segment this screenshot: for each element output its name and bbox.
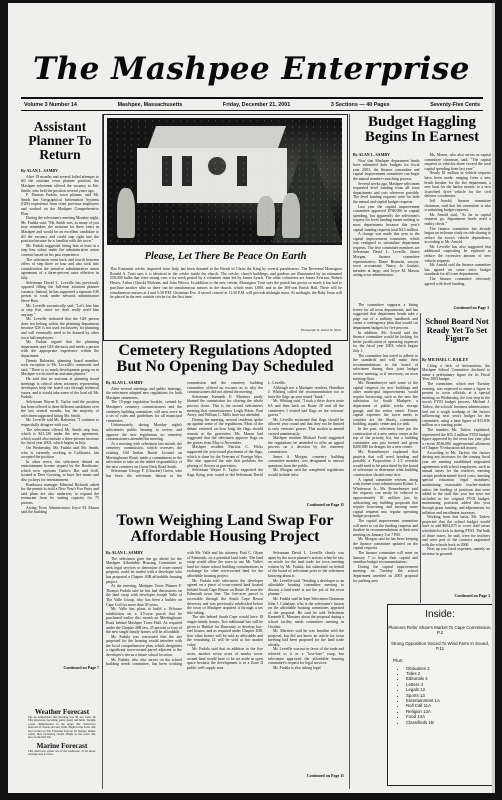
article-paragraph: The selectmen offered Mr. Smith step fou… (21, 428, 99, 446)
article-paragraph: The committee, which met Tuesday evening… (422, 382, 490, 428)
section-count: 3 Sections — 40 Pages (328, 102, 393, 108)
article-paragraph: The finance committee obviously agreed w… (425, 277, 492, 286)
inside-feature-2[interactable]: Strong Opposition Voiced To Wind Farm In… (388, 641, 492, 652)
article-paragraph: On Wednesday, Mr. Fudala said Mr. Smith,… (21, 446, 99, 460)
continued-link[interactable]: Continued on Page 7 (21, 666, 99, 671)
article-paragraph: Ms. Bonnelmeyer said some of the capital… (353, 381, 418, 427)
photo-credit: Photograph by Daniel W. Watts (301, 328, 341, 332)
headline: Assistant Planner To Return (21, 120, 99, 161)
article-paragraph: A change was made this year to the capit… (353, 232, 420, 278)
article-paragraph: James A. Morgan, cemetery building commi… (268, 455, 344, 469)
article-body: By ALAN L. SAMBYNow that Mashpee departm… (353, 153, 491, 301)
article-paragraph: Mr. Morgan said he has been keeping the … (353, 537, 418, 551)
article-paragraph: Mr. Leveille said, "Sending a developer … (268, 579, 344, 597)
article-paragraph: Mr. Fudala told selectmen the developer … (187, 579, 263, 616)
budget-headline-wrap: Budget Haggling Begins In Earnest (353, 115, 491, 146)
article-paragraph: At the meeting, Mashpee Town Planner F. … (106, 584, 182, 607)
byline: By ALAN L. SAMBY (353, 153, 420, 158)
newspaper-front-page: The Mashpee Enterprise Volume 3 Number 1… (8, 3, 495, 793)
article-paragraph: Mashpee resident Michael Forde suggested… (268, 436, 344, 454)
column-rule (349, 114, 350, 789)
inside-section-list: Obituaries 2 Tides 2 Editorials 4 Letter… (388, 666, 492, 725)
photo-caption: This Fontanini crèche, imported from Ita… (110, 267, 342, 300)
article-paragraph: The committee supports a hiring freeze f… (353, 303, 418, 331)
article-paragraph: Mr. Arnold said, "As far as capital requ… (425, 213, 492, 227)
article-paragraph: After 19 months and several failed attem… (21, 175, 99, 193)
inside-index-box: Inside: Planners Refer Shaw's Market To … (387, 604, 493, 786)
dateline-bar: Volume 3 Number 14 Mashpee, Massachusett… (21, 97, 483, 111)
article-paragraph: The finance committee will meet on Janua… (353, 551, 418, 565)
article-paragraph: Nearly $1 million in vehicle requests ha… (425, 171, 492, 199)
article-paragraph: Several weeks ago, Mashpee selectmen req… (353, 182, 420, 205)
article-paragraph: Dennis Balzarini, planning board member,… (21, 359, 99, 377)
school-continued: Continued on Page 3 (422, 591, 490, 599)
article-paragraph: The site behind South Cape would have 18… (187, 615, 263, 647)
article-paragraph: In the past, selectmen have put the cons… (353, 427, 418, 450)
continued-link[interactable]: Continued on Page 11 (268, 503, 344, 508)
article-cemetery: Cemetery Regulations Adopted But No Open… (104, 343, 346, 376)
volume-number: Volume 3 Number 14 (21, 102, 80, 108)
article-paragraph: Mr. Fudala argued that the planning depa… (21, 340, 99, 358)
article-paragraph: A capital committee veteran, along with … (353, 478, 418, 519)
article-paragraph: Mr. Leveille has also suggested that add… (425, 245, 492, 263)
article-paragraph: Mr. Fudala suggested hiring him at least… (21, 244, 99, 258)
budget-continued: Continued on Page 3 (423, 303, 489, 311)
article-paragraph: Mr. Leveille motioned that flags should … (268, 418, 344, 436)
headline: Cemetery Regulations Adopted But No Open… (104, 343, 346, 376)
inside-title: Inside: (388, 609, 492, 620)
article-body: By MICHAEL C. BAILEYCiting a lack of inf… (422, 358, 490, 588)
article-paragraph: Mashpee resident Patricia C. Hicks suppo… (187, 445, 263, 468)
page-edge (492, 3, 495, 793)
price: Seventy-Five Cents (427, 102, 483, 108)
article-paragraph: Mr. Fudala is also asking legal (268, 666, 344, 671)
article-paragraph: In addition, Mr. Arnold said the finance… (353, 331, 418, 354)
article-paragraph: Selectman Kenneth E. Marsters partly bla… (187, 395, 263, 418)
article-paragraph: Working from that basis, Mr. Tarlow proj… (422, 515, 490, 547)
article-paragraph: The finance committee has already begun … (425, 227, 492, 245)
headline: School Board Not Ready Yet To Set Figure (422, 318, 492, 344)
cemetery-continued: Continued on Page 11 (268, 500, 344, 508)
article-paragraph: Mr. Leveille indicated that the GIS pers… (21, 317, 99, 340)
article-paragraph: Next up was fixed expenses, namely an in… (422, 547, 490, 556)
article-paragraph: During the selectmen's meeting Monday ni… (21, 216, 99, 244)
article-body: After 19 months and several failed attem… (21, 175, 99, 515)
article-paragraph: He said that an assistant at planning bo… (21, 377, 99, 400)
article-paragraph: Last year the capital improvement commit… (353, 205, 420, 233)
article-paragraph: Mr. Fudala was concerned that the site p… (106, 635, 182, 658)
continued-link[interactable]: Continued on Page 11 (268, 774, 344, 779)
article-paragraph: After several meetings and public hearin… (106, 387, 182, 401)
article-paragraph: Boathouse manager Edmond Richardi asked … (21, 483, 99, 506)
article-paragraph: Mr. Fudala said that in addition to the … (187, 647, 263, 670)
article-paragraph: Mr. Marsters said he was familiar with t… (268, 629, 344, 647)
planner-continued: Continued on Page 7 (21, 663, 99, 671)
continued-link[interactable]: Continued on Page 3 (423, 306, 489, 311)
article-paragraph: In other news, the selectmen denied an e… (21, 460, 99, 483)
article-paragraph: Acting Town Administrator Joyce M. Mason… (21, 506, 99, 515)
article-paragraph: The committee has voted to adhere to the… (353, 354, 418, 382)
article-paragraph: Mr. Morgan said the completed regulation… (268, 468, 344, 477)
article-paragraph: The 15-page regulation booklet, created … (106, 400, 182, 423)
article-paragraph: Selectman Wayne E. Taylor said the posit… (21, 400, 99, 418)
article-paragraph: F. Thomas Fudala, town planner, said Mr.… (21, 193, 99, 216)
feature-photo-box: Please, Let There Be Peace On Earth This… (103, 114, 348, 341)
headline: Budget Haggling Begins In Earnest (353, 115, 491, 146)
article-paragraph: Although not a Mashpee resident, Hamilto… (268, 386, 344, 400)
article-school-board: School Board Not Ready Yet To Set Figure (422, 318, 492, 344)
column-rule (420, 313, 421, 603)
article-paragraph: During the meeting, several residents sp… (187, 418, 263, 446)
article-paragraph: The selectmen went back and fourth betwe… (21, 258, 99, 281)
weather-text: The air temperature this morning was 38,… (28, 716, 96, 740)
article-paragraph: Mr. Leveille sarcastically said, "Let's … (21, 304, 99, 318)
masthead-title: The Mashpee Enterprise (8, 51, 495, 87)
continued-link[interactable]: Continued on Page 3 (422, 594, 490, 599)
article-paragraph: Now that Mashpee department heads have s… (353, 159, 420, 182)
article-paragraph: During the capital improvement meeting o… (353, 565, 418, 583)
byline: By MICHAEL C. BAILEY (422, 358, 490, 363)
article-paragraph: Ms. Bonnelmeyer explained that projects … (353, 450, 418, 478)
article-paragraph: The capital improvement committee will m… (353, 519, 418, 537)
byline: By ALAN L. SAMBY (106, 551, 182, 556)
weather-box: Weather Forecast The air temperature thi… (28, 708, 96, 757)
byline: By ALAN L. SAMBY (106, 381, 182, 386)
article-paragraph: Selectman David L. Leveille has previous… (21, 281, 99, 304)
article-land-swap: Town Weighing Land Swap For Affordable H… (104, 513, 346, 546)
headline: Town Weighing Land Swap For Affordable H… (104, 513, 346, 546)
byline: By ALAN L. SAMBY (21, 169, 99, 174)
article-paragraph: Unfortunately, during Monday night's sel… (106, 423, 182, 441)
article-paragraph: Citing a lack of information, the Mashpe… (422, 364, 490, 382)
location: Mashpee, Massachusetts (115, 102, 186, 108)
article-paragraph: According to Mr. Tarlow, the factors dri… (422, 451, 490, 515)
article-paragraph: The selectmen gave the go ahead for the … (106, 557, 182, 585)
article-paragraph: Selectman David L. Leveille clearly was … (268, 551, 344, 579)
article-paragraph: Mr. Fudala said he kept Selectmen Chairm… (268, 597, 344, 629)
article-paragraph: Mr. Arnold said the finance committee ha… (425, 263, 492, 277)
inside-item[interactable]: Classifieds 1B (406, 720, 492, 725)
inside-feature-1[interactable]: Planners Refer Shaw's Market To Cape Com… (388, 625, 492, 636)
article-body: By ALAN L. SAMBYThe selectmen gave the g… (106, 551, 344, 769)
article-paragraph: Jeff Arnold, finance committee chairman,… (425, 199, 492, 213)
marine-text: This afternoon, winds out of the southwe… (28, 750, 96, 757)
article-paragraph: Mr. Leveille told Mr. Balzarini, "I cont… (21, 418, 99, 427)
inside-plus-label: Plus: (393, 658, 492, 663)
article-paragraph: Mr. Valle has plans to build a 16-home s… (106, 607, 182, 635)
article-body: By ALAN L. SAMBYAfter several meetings a… (106, 381, 344, 499)
landswap-continued: Continued on Page 11 (268, 771, 344, 779)
photo-caption-title: Please, Let There Be Peace On Earth (104, 251, 347, 262)
article-paragraph: Ms. Mason, who also serves as capital co… (425, 153, 492, 171)
article-paragraph: At a meeting with selectmen last month, … (106, 442, 182, 470)
article-paragraph: Mr. Leveille was not in favor of the tra… (268, 647, 344, 665)
creche-photo (107, 118, 342, 245)
article-paragraph: Mr. Whiting said, "I took a drive down r… (268, 399, 344, 417)
article-assistant-planner: Assistant Planner To Return By ALAN L. S… (21, 114, 99, 669)
issue-date: Friday, December 21, 2001 (220, 102, 293, 108)
article-paragraph: The number, Mr. Tarlow explained, repres… (422, 428, 490, 451)
